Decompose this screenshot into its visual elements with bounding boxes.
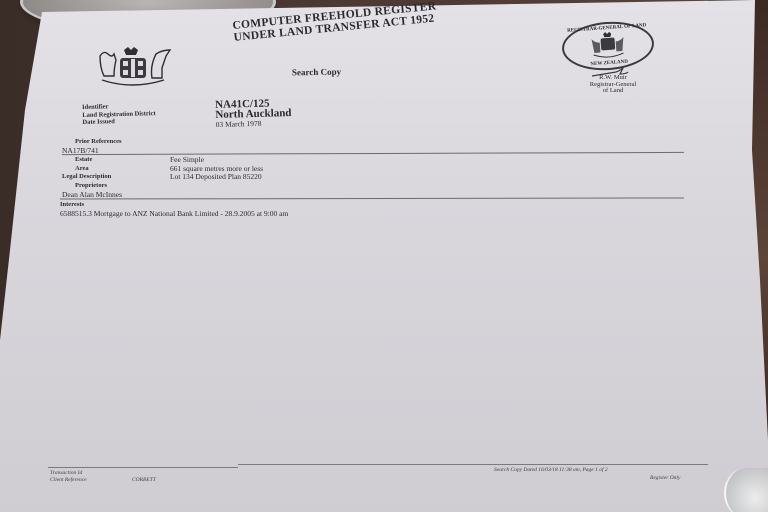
prior-references-label: Prior References <box>75 138 122 145</box>
divider-rule <box>60 197 684 199</box>
divider-rule <box>62 152 684 155</box>
glass-object-bottom <box>724 468 768 512</box>
area-label: Area <box>75 165 89 172</box>
date-issued-value: 03 March 1978 <box>216 118 292 130</box>
identifier-labels: Identifier Land Registration District Da… <box>82 102 156 126</box>
estate-value: Fee Simple <box>170 155 204 164</box>
legal-description-value: Lot 134 Deposited Plan 85220 <box>170 172 262 181</box>
registrar-block: R.W. Muir Registrar-General of Land <box>568 75 658 95</box>
register-only-text: Register Only <box>650 475 680 481</box>
search-copy-label: Search Copy <box>292 67 341 78</box>
footer-rule-right <box>238 464 708 465</box>
registrar-title-2: of Land <box>568 88 658 95</box>
client-reference-value: CORBETT <box>132 477 156 483</box>
identifier-values: NA41C/125 North Auckland 03 March 1978 <box>215 98 292 130</box>
interests-label: Interests <box>60 201 84 208</box>
proprietors-label: Proprietors <box>75 182 107 189</box>
date-issued-label: Date Issued <box>82 117 155 126</box>
interest-item: 6588515.3 Mortgage to ANZ National Bank … <box>60 209 288 218</box>
seal-crest-icon <box>589 31 627 59</box>
legal-description-label: Legal Description <box>62 173 111 180</box>
footer-rule-left <box>48 467 238 468</box>
estate-label: Estate <box>75 156 92 163</box>
land-title-document: COMPUTER FREEHOLD REGISTER UNDER LAND TR… <box>0 0 768 512</box>
client-reference-label: Client Reference <box>50 477 87 483</box>
document-title: COMPUTER FREEHOLD REGISTER UNDER LAND TR… <box>232 0 438 44</box>
search-dated-text: Search Copy Dated 16/03/18 11:38 am, Pag… <box>494 467 608 473</box>
transaction-id-label: Transaction Id <box>50 470 82 476</box>
nz-coat-of-arms-icon <box>90 46 178 88</box>
